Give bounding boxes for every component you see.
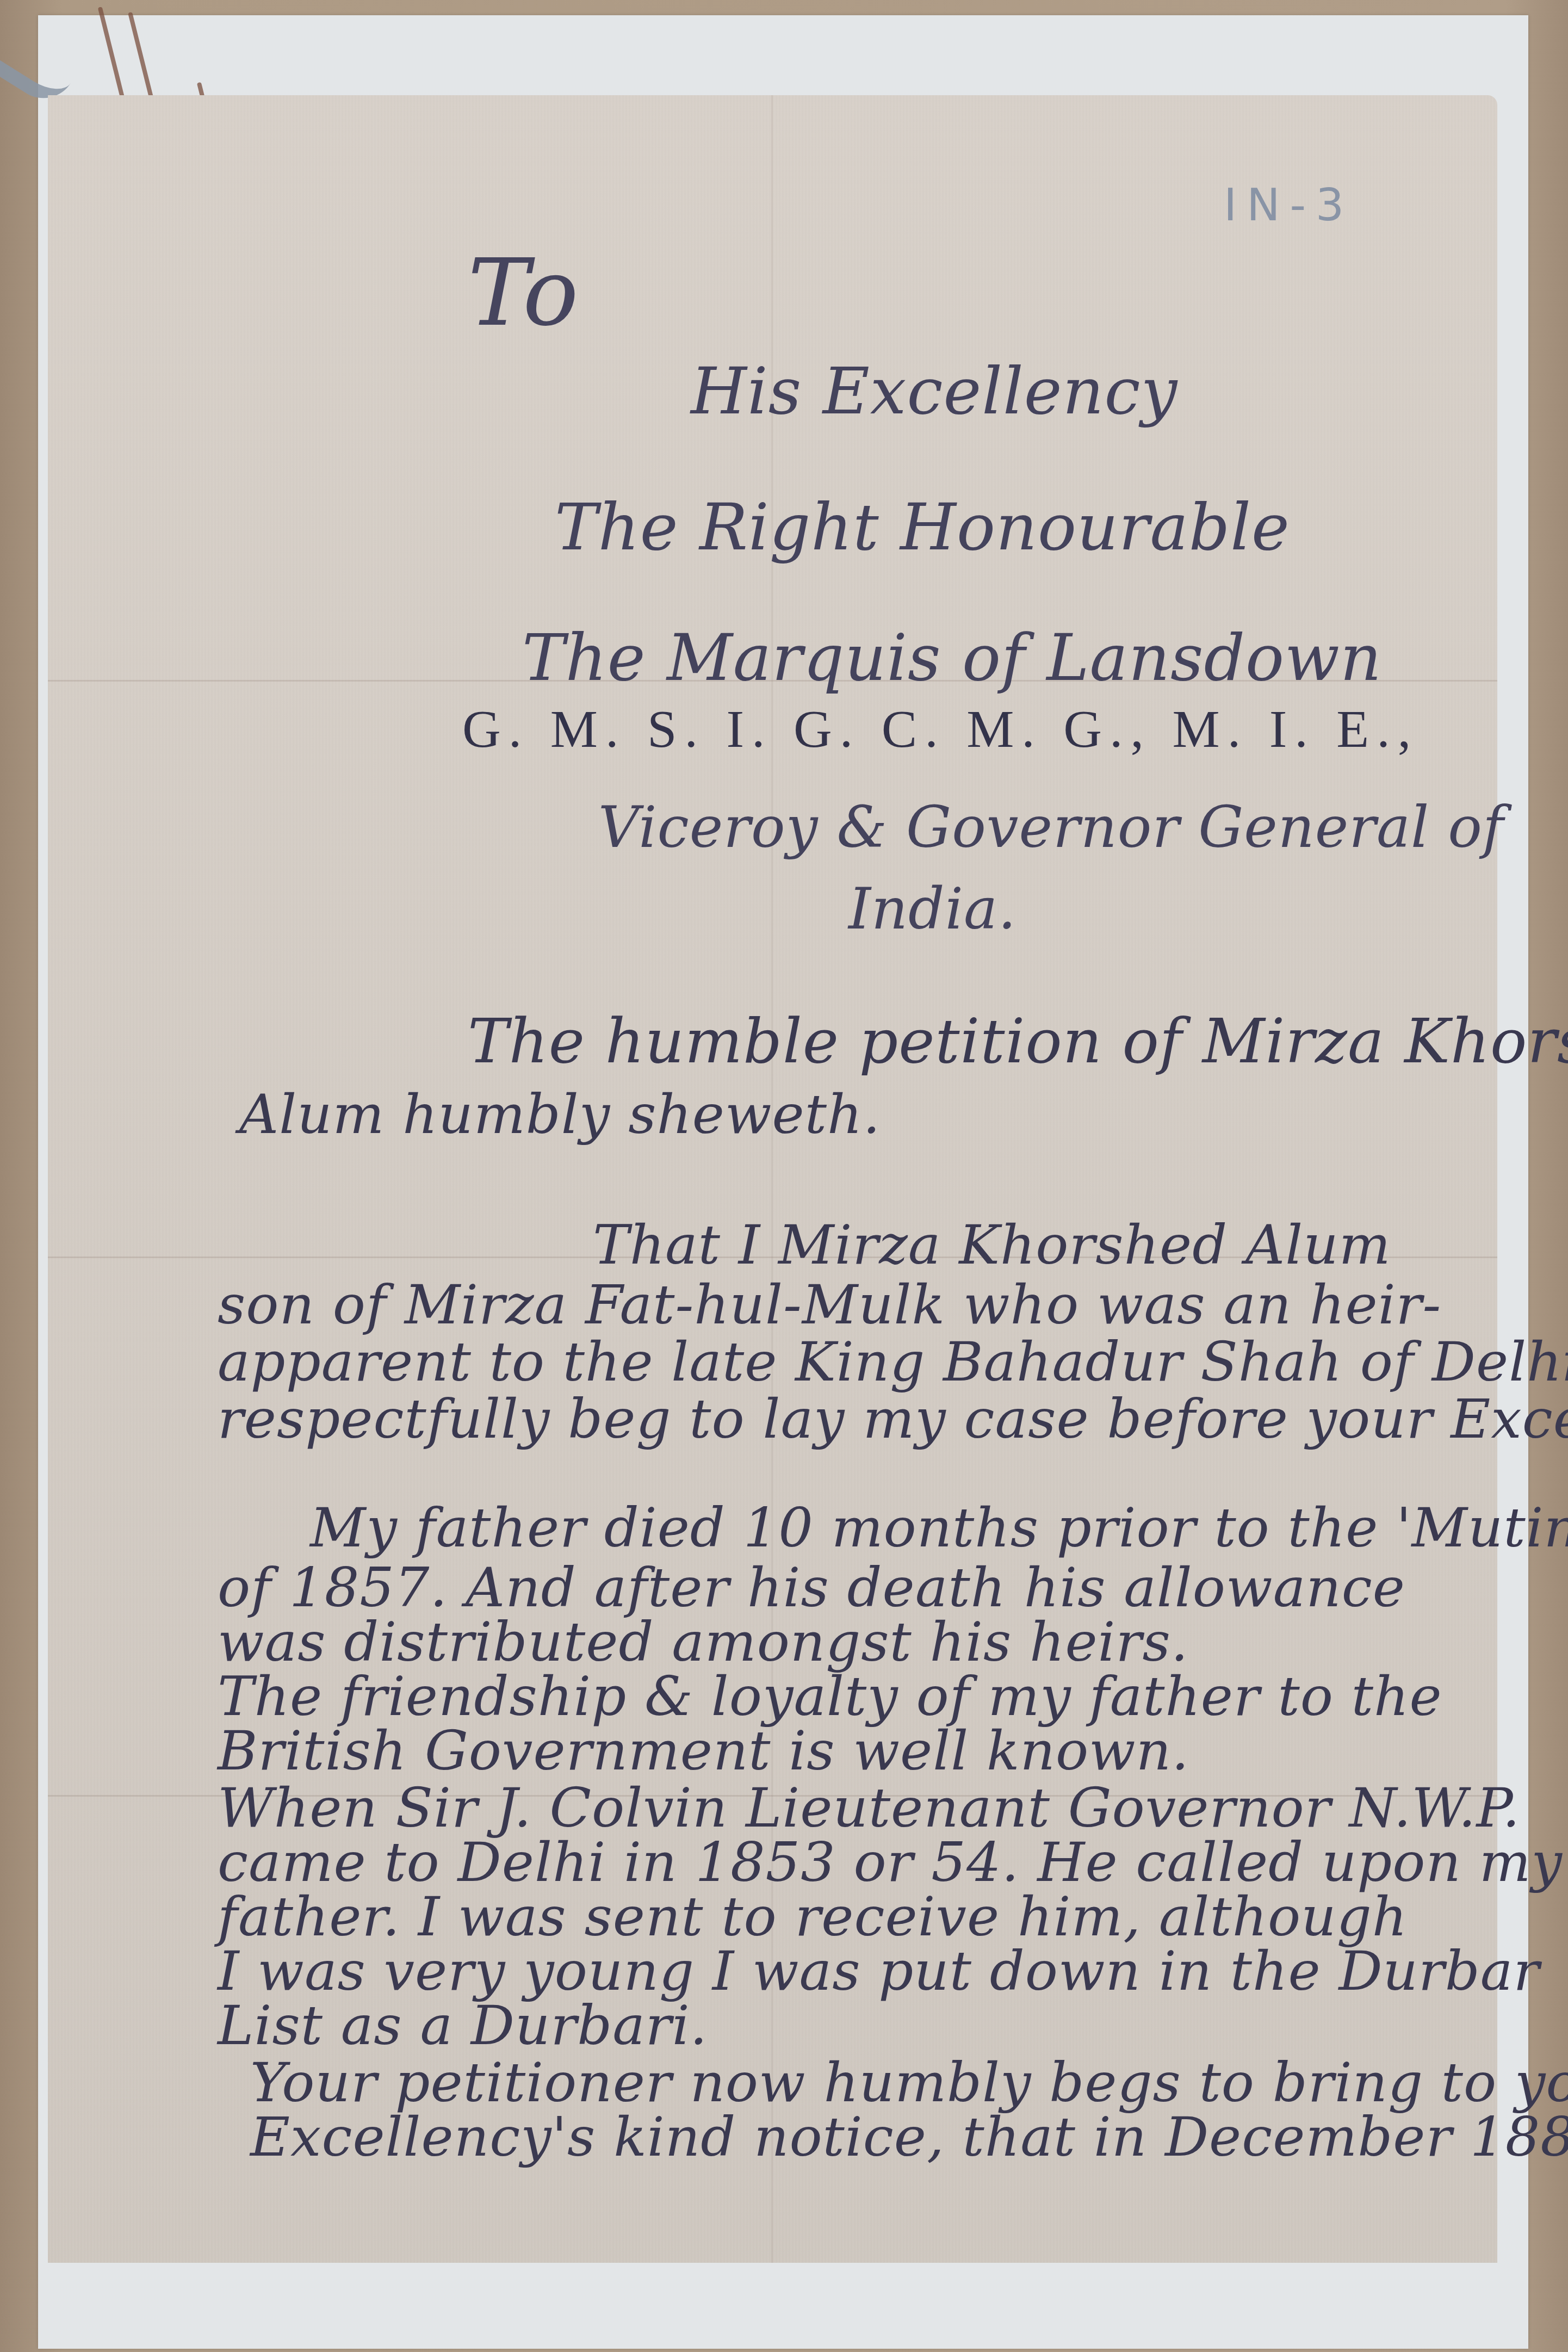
paragraph-line: That I Mirza Khorshed Alum bbox=[593, 1213, 1391, 1277]
addressee-line-1: His Excellency bbox=[691, 354, 1177, 429]
paragraph-line: My father died 10 months prior to the 'M… bbox=[310, 1496, 1568, 1559]
addressee-honours: G. M. S. I. G. C. M. G., M. I. E., bbox=[462, 699, 1418, 760]
addressee-country: India. bbox=[848, 876, 1017, 942]
preamble-line: The humble petition of Mirza Khorshed- bbox=[468, 1006, 1568, 1077]
addressee-title: Viceroy & Governor General of bbox=[598, 794, 1504, 861]
paragraph-line: Excellency's kind notice, that in Decemb… bbox=[250, 2105, 1568, 2169]
salutation: To bbox=[468, 239, 579, 347]
addressee-line-2: The Right Honourable bbox=[555, 490, 1290, 565]
paragraph-line: British Government is well known. bbox=[218, 1719, 1189, 1782]
addressee-line-3: The Marquis of Lansdown bbox=[522, 620, 1382, 695]
paragraph-line: List as a Durbari. bbox=[218, 1994, 708, 2057]
archive-mark: IN-3 bbox=[1224, 180, 1354, 231]
paragraph-line: respectfully beg to lay my case before y… bbox=[218, 1387, 1568, 1451]
paragraph-line: son of Mirza Fat-hul-Mulk who was an hei… bbox=[218, 1273, 1441, 1336]
preamble-line: Alum humbly sheweth. bbox=[239, 1082, 881, 1146]
paragraph-line: apparent to the late King Bahadur Shah o… bbox=[218, 1330, 1568, 1394]
